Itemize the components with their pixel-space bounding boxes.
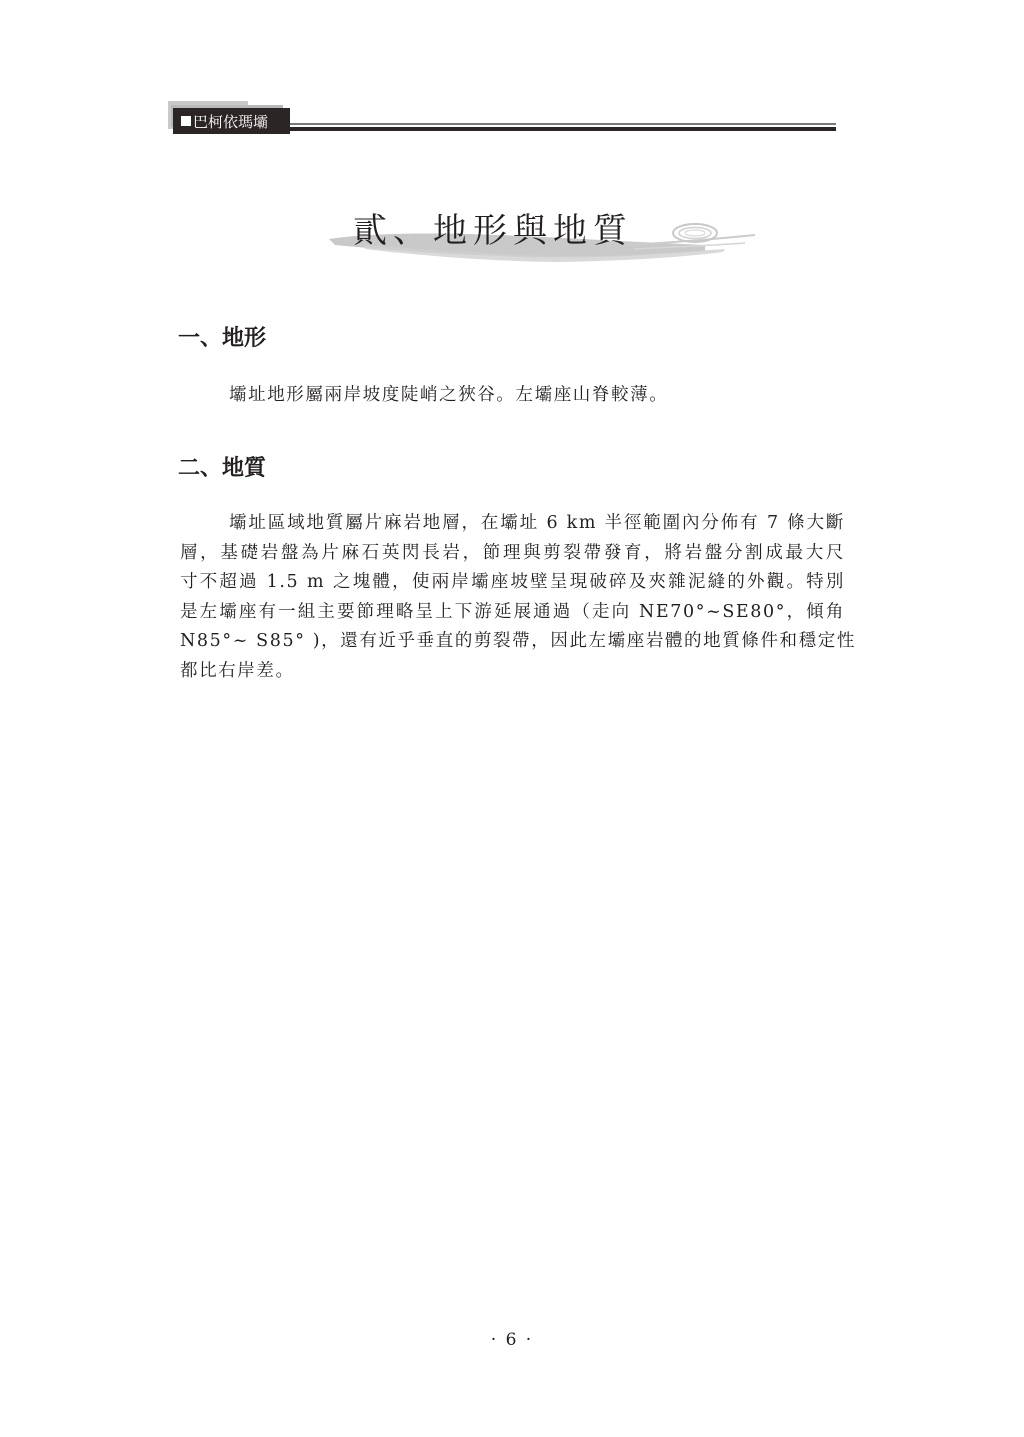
paragraph-line: 寸不超過 1.5 m 之塊體，使兩岸壩座坡壁呈現破碎及夾雜泥縫的外觀。特別 [180, 568, 845, 598]
chapter-title-block: 貳、地形與地質 [325, 195, 765, 275]
square-bullet-icon [181, 116, 191, 126]
section-heading-geology: 二、地質 [178, 451, 266, 482]
paragraph-line: N85°~ S85° )，還有近乎垂直的剪裂帶，因此左壩座岩體的地質條件和穩定性 [180, 627, 845, 657]
paragraph-line: 壩址地形屬兩岸坡度陡峭之狹谷。左壩座山脊較薄。 [180, 381, 845, 411]
section-heading-topography: 一、地形 [178, 321, 266, 352]
header-book-title: 巴柯依瑪壩 [193, 111, 268, 132]
running-header: 巴柯依瑪壩 [163, 98, 838, 138]
chapter-title: 貳、地形與地質 [353, 203, 633, 252]
header-rule-thick [290, 127, 836, 131]
page-number: · 6 · [0, 1330, 1024, 1350]
header-rule-thin [290, 123, 836, 125]
paragraph-line: 層，基礎岩盤為片麻石英閃長岩，節理與剪裂帶發育，將岩盤分割成最大尺 [180, 539, 845, 569]
header-book-title-tab: 巴柯依瑪壩 [173, 108, 290, 134]
paragraph-line: 壩址區域地質屬片麻岩地層，在壩址 6 km 半徑範圍內分佈有 7 條大斷 [180, 509, 845, 539]
paragraph-line: 都比右岸差。 [180, 657, 845, 687]
section-topography-paragraph: 壩址地形屬兩岸坡度陡峭之狹谷。左壩座山脊較薄。 [180, 381, 845, 411]
paragraph-line: 是左壩座有一組主要節理略呈上下游延展通過（走向 NE70°~SE80°，傾角 [180, 598, 845, 628]
section-geology-paragraph: 壩址區域地質屬片麻岩地層，在壩址 6 km 半徑範圍內分佈有 7 條大斷 層，基… [180, 509, 845, 686]
